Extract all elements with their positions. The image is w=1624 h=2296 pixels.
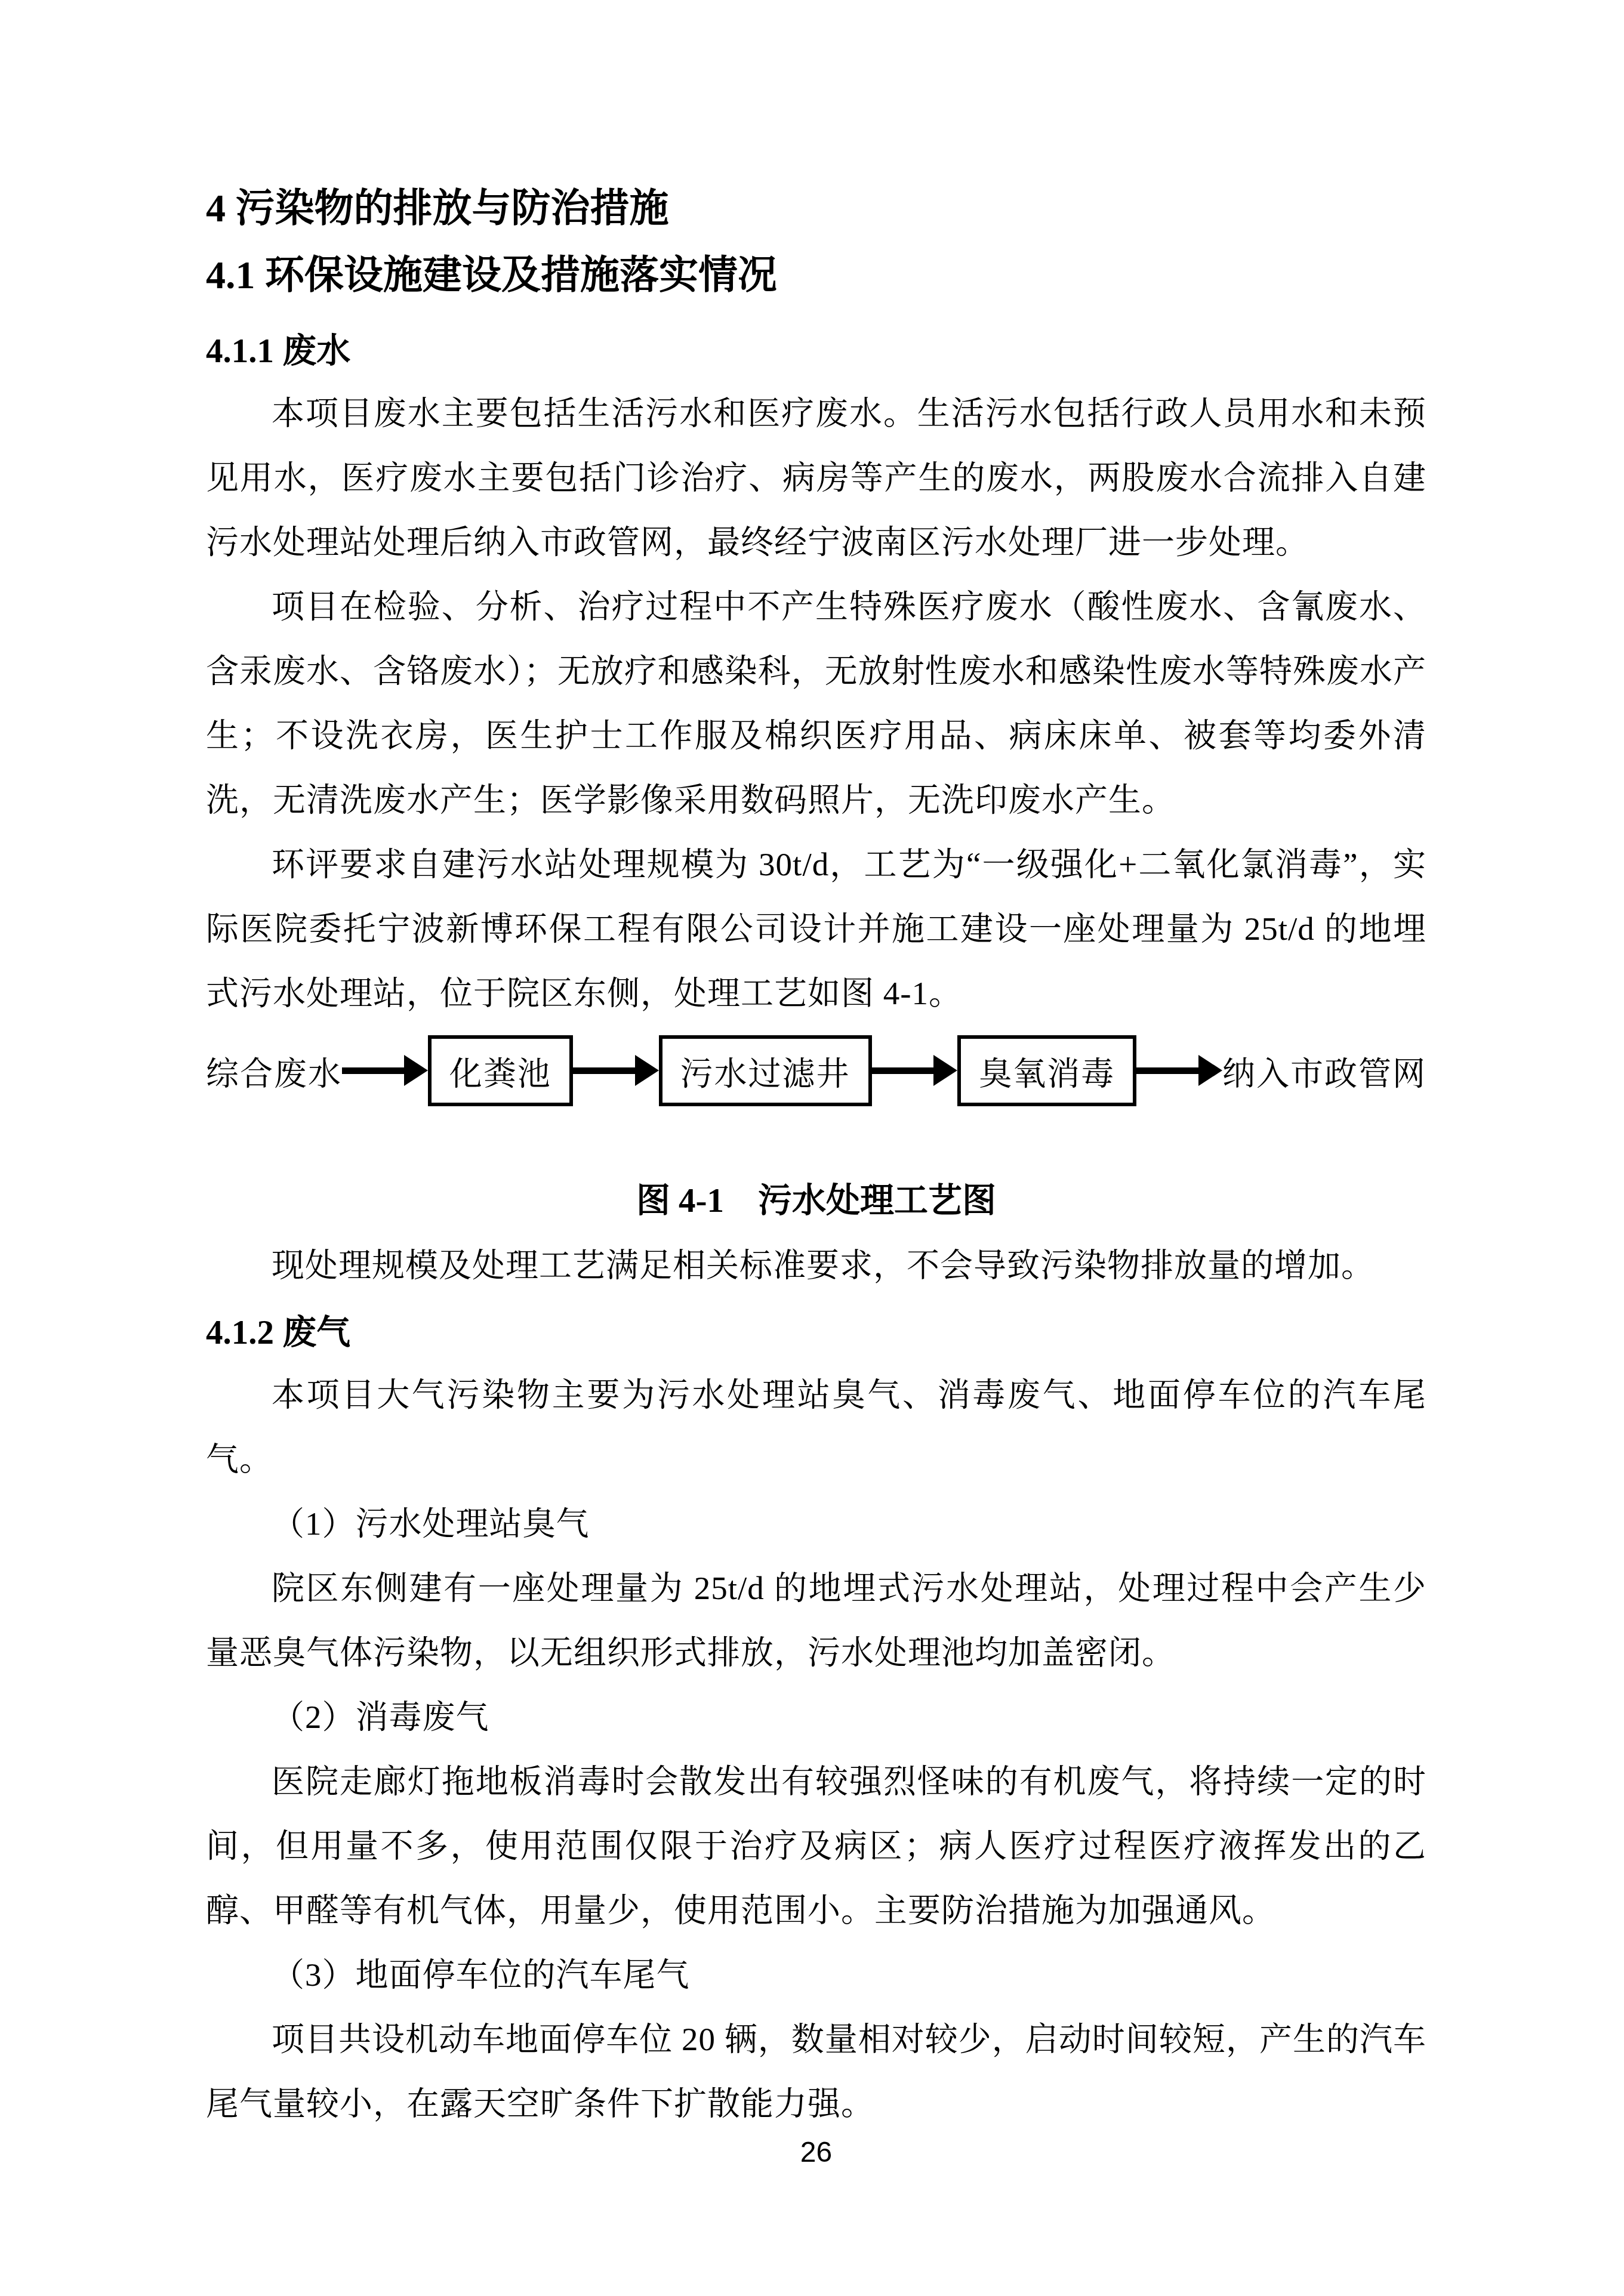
arrow-shaft — [1136, 1067, 1198, 1074]
flow-arrow-icon — [342, 1055, 428, 1086]
heading-section-4-1-2: 4.1.2 废气 — [206, 1312, 1426, 1354]
heading-section-4-1: 4.1 环保设施建设及措施落实情况 — [206, 252, 1426, 300]
arrow-shaft — [342, 1067, 404, 1074]
paragraph-scale-meets-standard: 现处理规模及处理工艺满足相关标准要求，不会导致污染物排放量的增加。 — [206, 1233, 1426, 1298]
list-item-title-disinfection-gas: （2）消毒废气 — [206, 1685, 1426, 1749]
flow-box-ozone-disinfection: 臭氧消毒 — [957, 1035, 1136, 1106]
document-page: 4 污染物的排放与防治措施 4.1 环保设施建设及措施落实情况 4.1.1 废水… — [0, 0, 1624, 2296]
paragraph-vehicle-exhaust-detail: 项目共设机动车地面停车位 20 辆，数量相对较少，启动时间较短，产生的汽车尾气量… — [206, 2007, 1426, 2136]
paragraph-disinfection-gas-detail: 医院走廊灯拖地板消毒时会散发出有较强烈怪味的有机废气，将持续一定的时间，但用量不… — [206, 1749, 1426, 1943]
list-item-title-odor: （1）污水处理站臭气 — [206, 1492, 1426, 1556]
arrow-head-icon — [404, 1055, 428, 1086]
paragraph-no-special-wastewater: 项目在检验、分析、治疗过程中不产生特殊医疗废水（酸性废水、含氰废水、含汞废水、含… — [206, 575, 1426, 832]
wastewater-process-flow-diagram: 综合废水 化粪池 污水过滤井 臭氧消毒 纳入市政管网 — [206, 1032, 1426, 1109]
paragraph-eia-requirement: 环评要求自建污水站处理规模为 30t/d，工艺为“一级强化+二氧化氯消毒”，实际… — [206, 832, 1426, 1026]
heading-section-4-1-1: 4.1.1 废水 — [206, 331, 1426, 372]
figure-caption: 图 4-1 污水处理工艺图 — [206, 1169, 1426, 1233]
flow-arrow-icon — [872, 1055, 958, 1086]
arrow-head-icon — [1198, 1055, 1222, 1086]
arrow-head-icon — [635, 1055, 659, 1086]
arrow-head-icon — [933, 1055, 957, 1086]
flow-box-sewage-filter-well: 污水过滤井 — [659, 1035, 872, 1106]
flow-arrow-icon — [1136, 1055, 1222, 1086]
arrow-shaft — [872, 1067, 934, 1074]
paragraph-air-pollutants-overview: 本项目大气污染物主要为污水处理站臭气、消毒废气、地面停车位的汽车尾气。 — [206, 1363, 1426, 1492]
paragraph-odor-detail: 院区东侧建有一座处理量为 25t/d 的地埋式污水处理站，处理过程中会产生少量恶… — [206, 1556, 1426, 1685]
heading-section-4: 4 污染物的排放与防治措施 — [206, 185, 1426, 233]
arrow-shaft — [573, 1067, 635, 1074]
flow-input-label: 综合废水 — [206, 1047, 342, 1094]
flow-box-septic-tank: 化粪池 — [428, 1035, 573, 1106]
flow-output-label: 纳入市政管网 — [1222, 1047, 1426, 1094]
flow-arrow-icon — [573, 1055, 659, 1086]
paragraph-wastewater-overview: 本项目废水主要包括生活污水和医疗废水。生活污水包括行政人员用水和未预见用水，医疗… — [206, 381, 1426, 575]
list-item-title-vehicle-exhaust: （3）地面停车位的汽车尾气 — [206, 1943, 1426, 2007]
page-number: 26 — [206, 2136, 1426, 2169]
